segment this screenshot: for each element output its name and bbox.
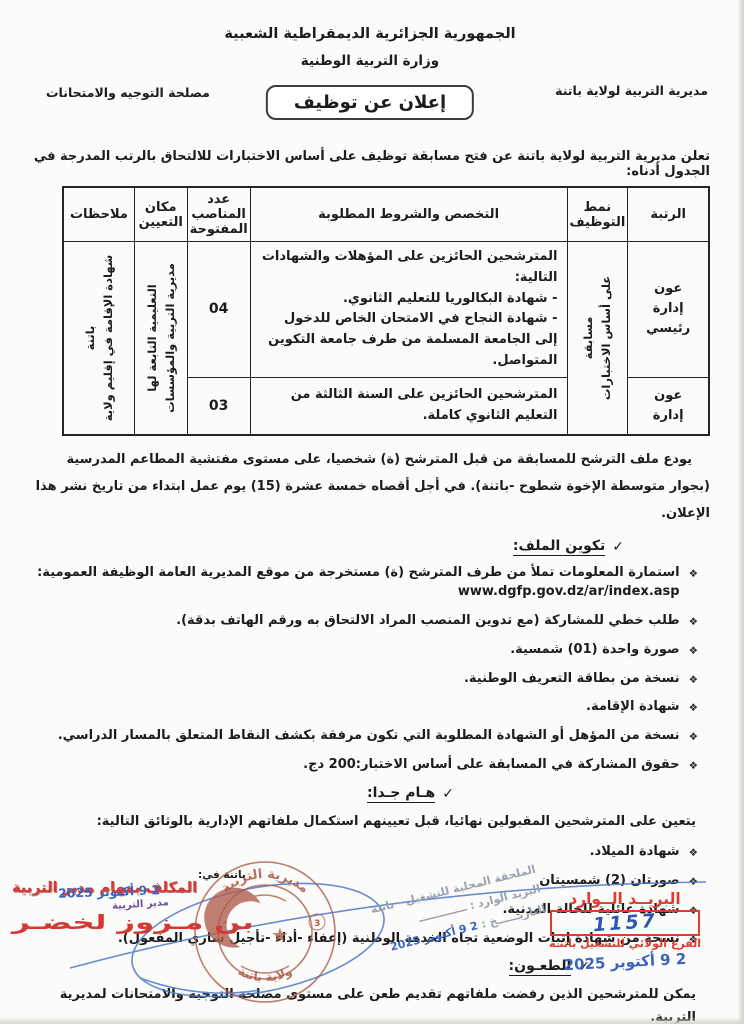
signature-stamp-area: ★ مديرية التربية ولاية باتنة 3 المكلف بم… (0, 850, 744, 1024)
file-section-title: ✓ تكوين الملف: (30, 538, 624, 556)
col-rank: الرتبة (628, 187, 709, 242)
list-item: ❖نسخة من بطاقة التعريف الوطنية. (30, 670, 698, 689)
diamond-bullet-icon: ❖ (689, 701, 698, 717)
list-item: ❖صورة واحدة (01) شمسية. (30, 641, 698, 660)
rank-cell: عون إدارة (628, 377, 709, 435)
diamond-bullet-icon: ❖ (689, 673, 698, 689)
ministry-title: وزارة التربية الوطنية (30, 53, 710, 69)
employment-branch-label: الفرع الولائي للتشغيل باتنـة (540, 937, 710, 950)
list-item: ❖شهادة الإقامة. (30, 698, 698, 717)
important-section-title: ✓ هـام جـدا: (30, 785, 454, 803)
service-label: مصلحة التوجيه والامتحانات (46, 85, 210, 100)
directorate-label: مديرية التربية لولاية باتنة (555, 83, 708, 98)
diamond-bullet-icon: ❖ (689, 615, 698, 631)
col-mode: نمط التوظيف (567, 187, 628, 242)
announcement-box: إعلان عن توظيف (266, 85, 474, 120)
list-item: ❖طلب خطي للمشاركة (مع تدوين المنصب المرا… (30, 612, 698, 631)
diamond-bullet-icon: ❖ (689, 730, 698, 746)
place-text-line: مديرية التربية والمؤسسات (163, 263, 177, 413)
diamond-bullet-icon: ❖ (689, 759, 698, 775)
diamond-bullet-icon: ❖ (689, 567, 698, 602)
rank-cell: عون إدارة رئيسي (628, 242, 709, 378)
republic-title: الجمهورية الجزائرية الديمقراطية الشعبية (30, 26, 710, 42)
mode-text-line: على أساس الاختبارات (599, 276, 613, 400)
col-requirements: التخصص والشروط المطلوبة (250, 187, 567, 242)
place-text-line: التعليمية التابعة لها (145, 284, 159, 392)
positions-table: الرتبة نمط التوظيف التخصص والشروط المطلو… (62, 186, 710, 436)
place-date-label: باتنة في: (198, 869, 246, 881)
employment-annex-stamp: الملحقة المحلية للتشغيل - باتنة البريد ا… (363, 860, 548, 962)
checkmark-icon: ✓ (442, 786, 454, 802)
col-place: مكان التعيين (134, 187, 187, 242)
incoming-mail-stamp: البريــد الــوارد 1157 الفرع الولائي للت… (540, 890, 710, 971)
col-positions: عدد المناصب المفتوحة (187, 187, 250, 242)
notes-text-line: شهادة الإقامة في إقليم ولاية (101, 255, 115, 421)
col-notes: ملاحظات (63, 187, 134, 242)
requirements-cell: المترشحين الحائزين على المؤهلات والشهادا… (250, 242, 567, 378)
document-page: الجمهورية الجزائرية الديمقراطية الشعبية … (0, 0, 744, 1024)
mode-cell: على أساس الاختبارات مسابقة (567, 242, 628, 436)
checkmark-icon: ✓ (612, 539, 624, 555)
list-item: ❖نسخة من المؤهل أو الشهادة المطلوبة التي… (30, 727, 698, 746)
intro-paragraph: تعلن مديرية التربية لولاية باتنة عن فتح … (30, 149, 710, 179)
header-row: مديرية التربية لولاية باتنة إعلان عن توظ… (30, 73, 710, 133)
incoming-mail-number-box: 1157 (550, 910, 700, 936)
incoming-mail-number: 1157 (592, 910, 658, 936)
file-items-list: ❖استمارة المعلومات تملأ من طرف المترشح (… (30, 564, 698, 775)
svg-text:ولاية باتنة: ولاية باتنة (236, 964, 295, 984)
incoming-mail-date: 2 9 أكتوبر 2025 (540, 949, 711, 976)
place-cell: مديرية التربية والمؤسسات التعليمية التاب… (134, 242, 187, 436)
positions-count: 04 (187, 242, 250, 378)
notes-cell: شهادة الإقامة في إقليم ولاية باتنة (63, 242, 134, 436)
list-item: ❖استمارة المعلومات تملأ من طرف المترشح (… (30, 564, 698, 602)
diamond-bullet-icon: ❖ (689, 644, 698, 660)
list-item: ❖حقوق المشاركة في المسابقة على أساس الاخ… (30, 756, 698, 775)
notes-text-line: باتنة (83, 326, 97, 351)
requirements-cell: المترشحين الحائزين على السنة الثالثة من … (250, 377, 567, 435)
important-intro: يتعين على المترشحين المقبولين نهائيا، قب… (30, 811, 696, 833)
deposit-paragraph: يودع ملف الترشح للمسابقة من قبل المترشح … (30, 447, 710, 527)
svg-text:★: ★ (271, 923, 289, 947)
incoming-mail-title: البريــد الــوارد (540, 890, 710, 908)
mode-text-line: مسابقة (581, 317, 595, 360)
table-row: عون إدارة رئيسي على أساس الاختبارات مساب… (63, 242, 709, 378)
signer-name-stamp: بن مـزوز لخضـر (12, 910, 168, 934)
table-header-row: الرتبة نمط التوظيف التخصص والشروط المطلو… (63, 187, 709, 242)
stamp-number: 3 (314, 919, 320, 929)
positions-count: 03 (187, 377, 250, 435)
